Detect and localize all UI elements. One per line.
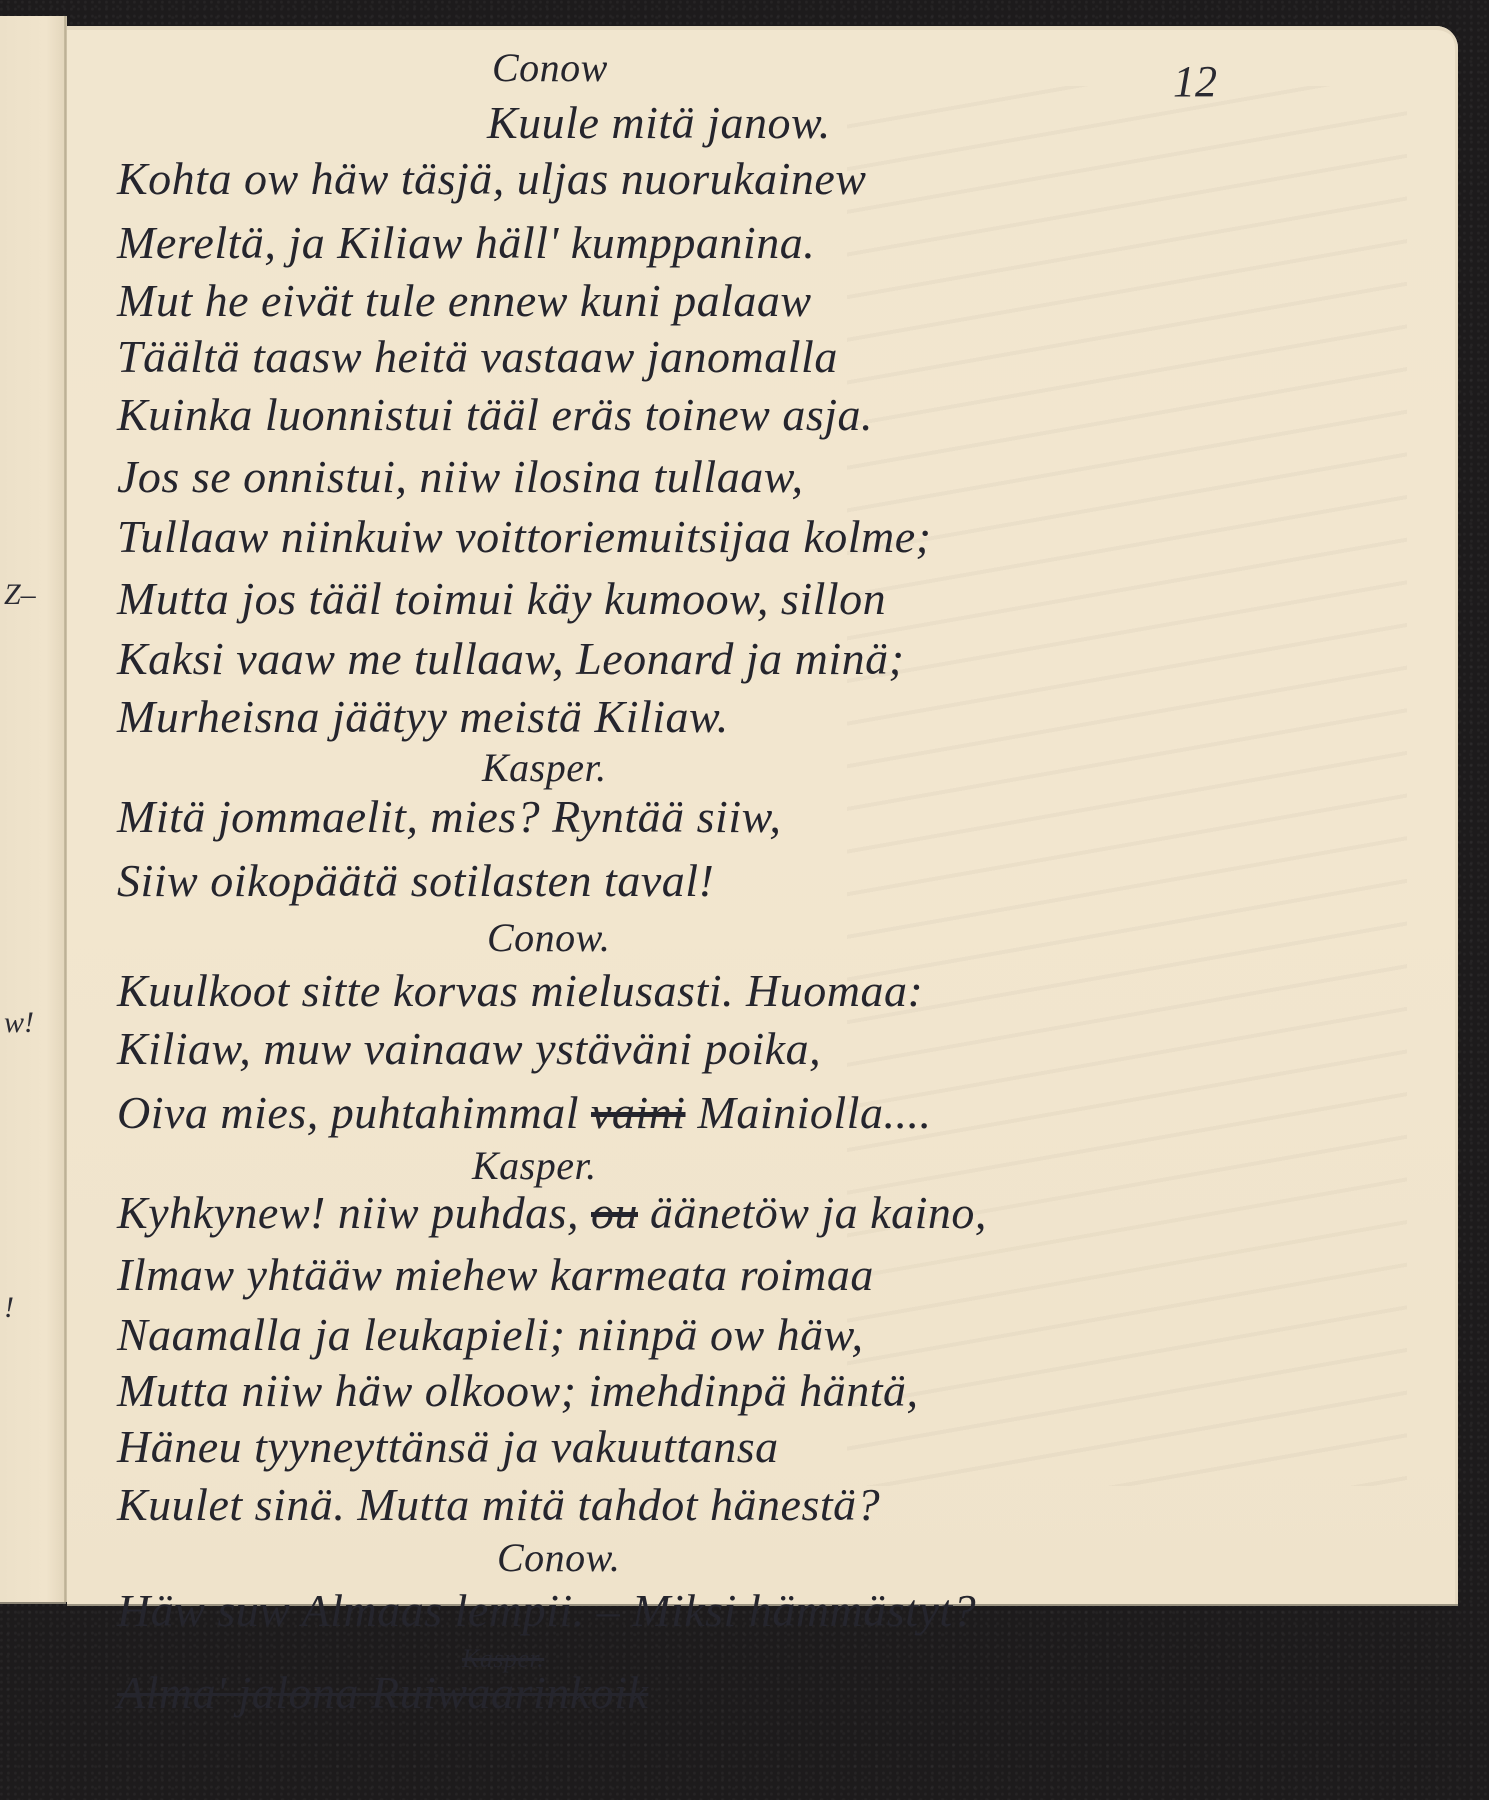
speaker-label: Kasper.: [482, 744, 607, 791]
verse-line: Kiliaw, muw vainaaw ystäväni poika,: [117, 1022, 821, 1075]
left-page-fragment: Z–: [4, 578, 36, 612]
verse-text: Kyhkynew! niiw puhdas,: [117, 1187, 579, 1238]
verse-line: Mutta niiw häw olkoow; imehdinpä häntä,: [117, 1364, 918, 1417]
verse-line: Täältä taasw heitä vastaaw janomalla: [117, 330, 838, 383]
ink-bleed-through: [847, 86, 1407, 1486]
struck-word: ou: [591, 1187, 638, 1238]
verse-line: Kuinka luonnistui tääl eräs toinew asja.: [117, 388, 873, 441]
verse-line: Jos se onnistui, niiw ilosina tullaaw,: [117, 450, 803, 503]
verse-line: Kuule mitä janow.: [487, 96, 831, 149]
speaker-label: Conow: [492, 44, 608, 91]
verse-line-with-deletion: Kyhkynew! niiw puhdas, ou äänetöw ja kai…: [117, 1186, 987, 1239]
verse-line: Häneu tyyneyttänsä ja vakuuttansa: [117, 1420, 779, 1473]
verse-line: Kuulkoot sitte korvas mielusasti. Huomaa…: [117, 964, 923, 1017]
verse-line-with-deletion: Oiva mies, puhtahimmal vaini Mainiolla..…: [117, 1086, 931, 1139]
verse-line: Kuulet sinä. Mutta mitä tahdot hänestä?: [117, 1478, 880, 1531]
speaker-label: Conow.: [497, 1534, 620, 1581]
verse-line: Mitä jommaelit, mies? Ryntää siiw,: [117, 790, 781, 843]
verse-line: Siiw oikopäätä sotilasten taval!: [117, 854, 714, 907]
verse-line: Mutta jos tääl toimui käy kumoow, sillon: [117, 572, 886, 625]
verse-text: Oiva mies, puhtahimmal: [117, 1087, 579, 1138]
verse-line: Kaksi vaaw me tullaaw, Leonard ja minä;: [117, 632, 904, 685]
verse-line: Tullaaw niinkuiw voittoriemuitsijaa kolm…: [117, 510, 931, 563]
verse-line: Häw suw Almaas lempii. – Miksi hämmästyt…: [117, 1584, 976, 1637]
verse-text: Mainiolla....: [698, 1087, 932, 1138]
verse-text: äänetöw ja kaino,: [650, 1187, 987, 1238]
verse-line: Mereltä, ja Kiliaw häll' kumppanina.: [117, 216, 815, 269]
struck-verse-line: Alma' jalona Ruiwaarinkoik: [117, 1666, 648, 1719]
verse-line: Naamalla ja leukapieli; niinpä ow häw,: [117, 1308, 863, 1361]
left-page-fragment: w!: [4, 1006, 34, 1040]
verse-line: Ilmaw yhtääw miehew karmeata roimaa: [117, 1248, 874, 1301]
left-page-fragment: !: [4, 1291, 14, 1325]
page-number: 12: [1173, 56, 1217, 107]
verse-line: Mut he eivät tule ennew kuni palaaw: [117, 274, 812, 327]
speaker-label: Conow.: [487, 914, 610, 961]
verse-line: Kohta ow häw täsjä, uljas nuorukainew: [117, 152, 866, 205]
verse-line: Murheisna jäätyy meistä Kiliaw.: [117, 690, 729, 743]
manuscript-page: 12 Conow Kuule mitä janow. Kohta ow häw …: [67, 26, 1458, 1606]
speaker-label: Kasper.: [472, 1142, 597, 1189]
left-page-edge: Z– w! !: [0, 16, 66, 1604]
struck-word: vaini: [591, 1087, 685, 1138]
